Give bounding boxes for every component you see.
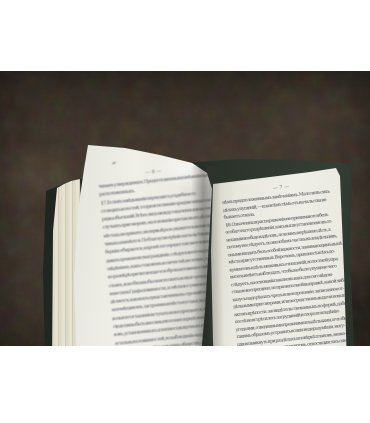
white-frame-top [0, 0, 370, 71]
book-photograph: — 6 — чинамъ утвержденное. Предположенны… [0, 71, 370, 346]
right-page: — 7 — нѣмъ предположеннымъ замѣчаніямъ. … [205, 161, 355, 346]
right-page-text-lines: нѣмъ предположеннымъ замѣчаніямъ. Мало л… [222, 187, 359, 346]
right-page-text-block: — 7 — нѣмъ предположеннымъ замѣчаніямъ. … [221, 178, 359, 346]
white-frame-bottom [0, 346, 370, 423]
left-page: — 6 — чинамъ утвержденное. Предположенны… [70, 141, 218, 346]
screenshot: — 6 — чинамъ утвержденное. Предположенны… [0, 0, 370, 423]
pencil-stray-mark [112, 161, 116, 164]
